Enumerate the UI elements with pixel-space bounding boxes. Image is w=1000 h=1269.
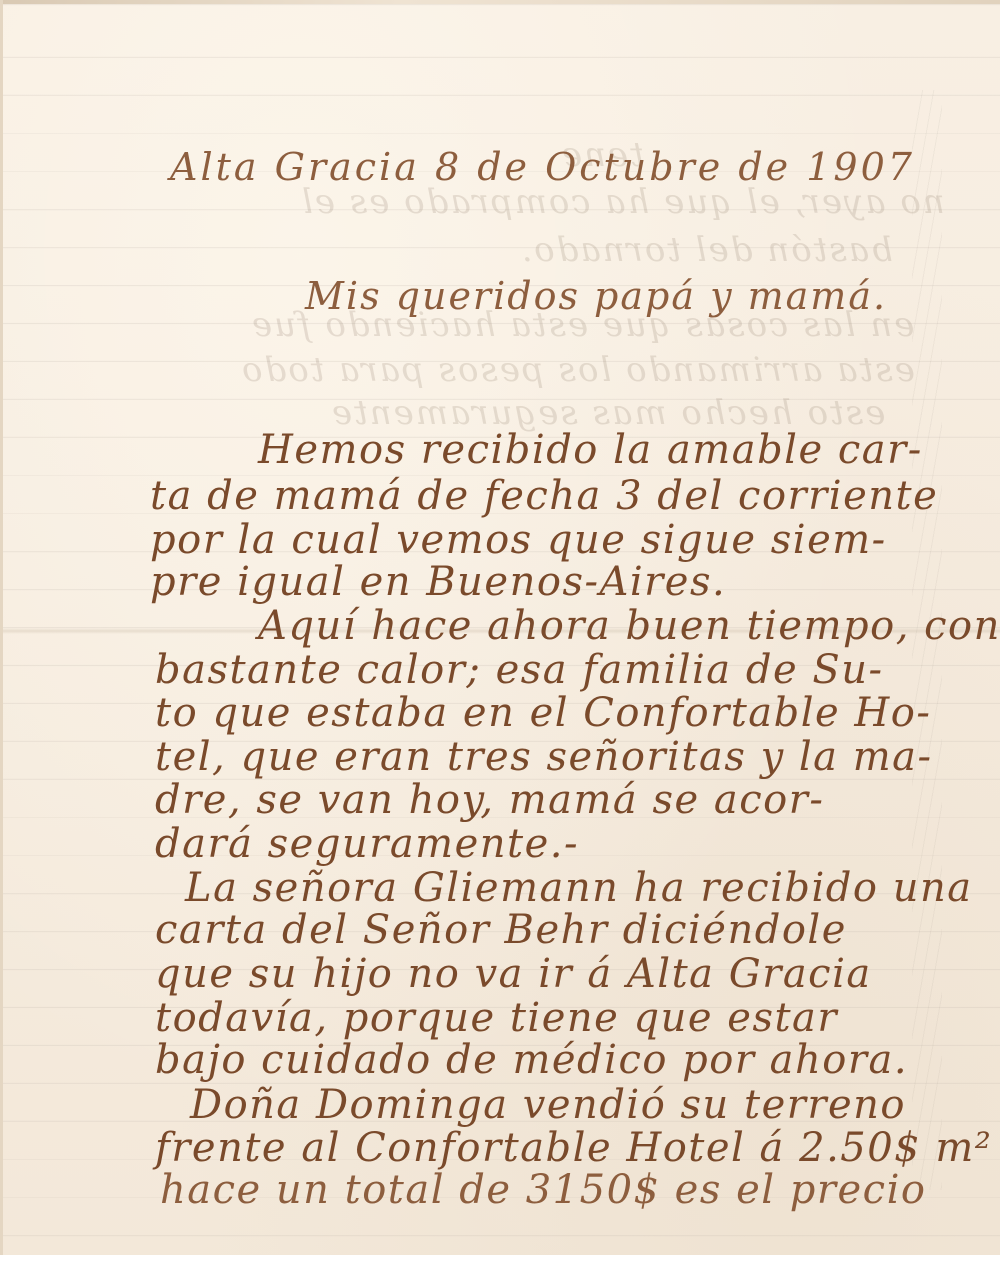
letter-line: La señora Gliemann ha recibido una [185,868,973,908]
letter-line: bastante calor; esa familia de Su- [155,650,884,690]
salutation: Mis queridos papá y mamá. [305,277,887,315]
letter-line: dre, se van hoy, mamá se acor- [155,780,824,820]
letter-line: por la cual vemos que sigue siem- [150,520,887,560]
page-edge-bottom [0,1255,1000,1269]
page-edge-top [0,0,1000,4]
letter-line: Doña Dominga vendió su terreno [190,1085,906,1125]
letter-line: que su hijo no va ir á Alta Gracia [155,954,872,994]
bleed-through-text: esta arrimando los pesos para todo [240,350,915,390]
dateline: Alta Gracia 8 de Octubre de 1907 [170,148,915,186]
letter-page: tene no ayer, el que ha comprado es el b… [0,0,1000,1269]
letter-line: pre igual en Buenos-Aires. [150,562,726,602]
letter-line: bajo cuidado de médico por ahora. [155,1040,908,1080]
letter-line: todavía, porque tiene que estar [155,998,838,1038]
letter-line: ta de mamá de fecha 3 del corriente [150,476,938,516]
page-edge-left [0,0,3,1269]
letter-line: tel, que eran tres señoritas y la ma- [155,737,933,777]
letter-line: dará seguramente.- [155,824,579,864]
letter-line: Hemos recibido la amable car- [258,430,923,470]
letter-line: Aquí hace ahora buen tiempo, con [258,606,1000,646]
letter-line: carta del Señor Behr diciéndole [155,910,847,950]
letter-line: hace un total de 3150$ es el precio [160,1170,926,1210]
bleed-through-text: bastón del tornado. [520,230,893,270]
letter-line: to que estaba en el Confortable Ho- [155,693,931,733]
letter-line: frente al Confortable Hotel á 2.50$ m² [155,1128,992,1168]
